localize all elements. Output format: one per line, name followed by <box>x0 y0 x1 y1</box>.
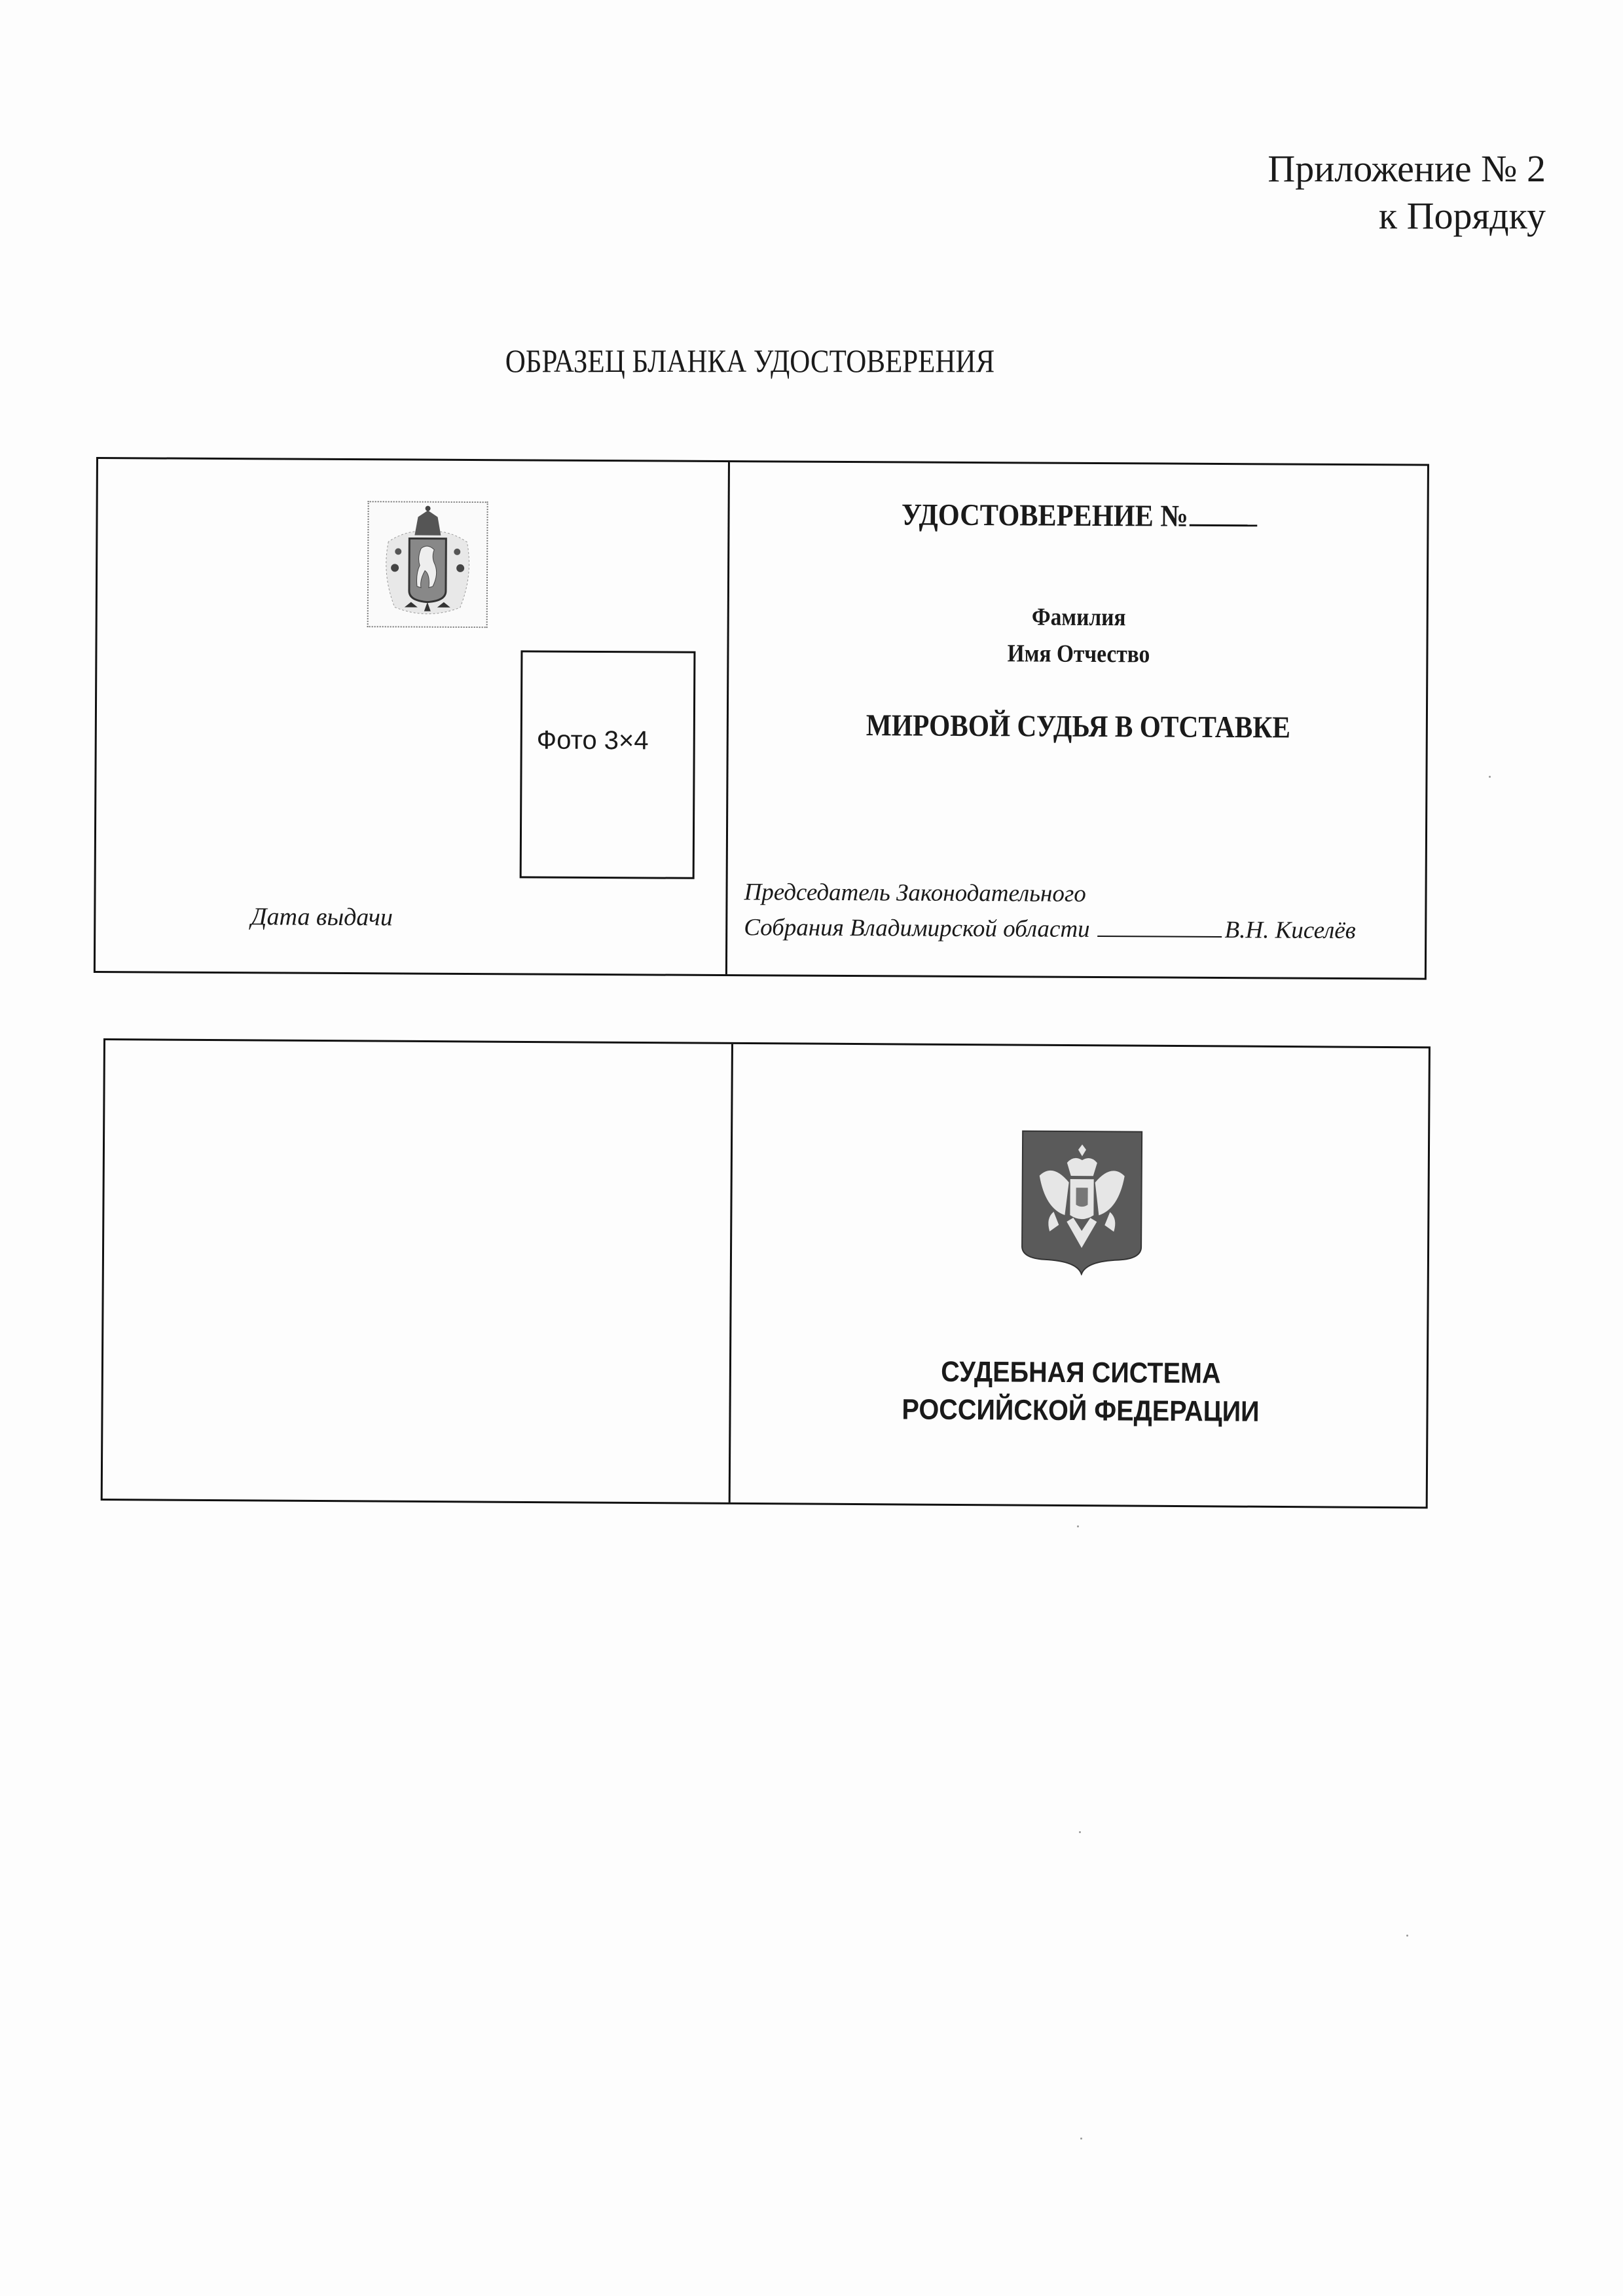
russian-federation-coat-of-arms-icon <box>1021 1130 1143 1276</box>
signer-title-line2: Собрания Владимирской области <box>744 914 1090 943</box>
scan-speck <box>1079 1831 1081 1833</box>
scan-speck <box>1406 1935 1408 1937</box>
scan-speck <box>1077 1525 1079 1527</box>
certificate-cover-spread: СУДЕБНАЯ СИСТЕМА РОССИЙСКОЙ ФЕДЕРАЦИИ <box>101 1038 1431 1508</box>
signer-title-line1: Председатель Законодательного <box>744 875 1356 913</box>
appendix-number: Приложение № 2 <box>1267 145 1546 192</box>
scan-speck <box>1080 2138 1082 2140</box>
scan-speck <box>1489 776 1491 778</box>
fold-divider <box>725 462 730 974</box>
signature-block: Председатель Законодательного Собрания В… <box>744 875 1356 949</box>
certificate-label: УДОСТОВЕРЕНИЕ № <box>902 498 1188 533</box>
signature-line <box>1098 916 1222 938</box>
document-title: ОБРАЗЕЦ БЛАНКА УДОСТОВЕРЕНИЯ <box>52 342 1448 380</box>
certificate-inner-spread: Фото 3×4 Дата выдачи УДОСТОВЕРЕНИЕ № Фам… <box>94 457 1429 980</box>
appendix-reference: к Порядку <box>1267 192 1546 240</box>
judicial-system-caption: СУДЕБНАЯ СИСТЕМА РОССИЙСКОЙ ФЕДЕРАЦИИ <box>766 1352 1396 1432</box>
fold-divider <box>729 1044 733 1503</box>
caption-line1: СУДЕБНАЯ СИСТЕМА <box>766 1352 1396 1394</box>
position-title: МИРОВОЙ СУДЬЯ В ОТСТАВКЕ <box>771 707 1386 746</box>
photo-label: Фото 3×4 <box>537 726 649 756</box>
surname-placeholder: Фамилия <box>771 601 1387 633</box>
vladimir-region-coat-of-arms-icon <box>367 501 488 628</box>
photo-placeholder: Фото 3×4 <box>520 650 696 879</box>
certificate-number: УДОСТОВЕРЕНИЕ № <box>765 496 1394 535</box>
issue-date-label: Дата выдачи <box>251 902 393 932</box>
caption-line2: РОССИЙСКОЙ ФЕДЕРАЦИИ <box>766 1390 1396 1432</box>
signer-name: В.Н. Киселёв <box>1225 917 1356 944</box>
name-patronymic-placeholder: Имя Отчество <box>771 638 1386 670</box>
appendix-note: Приложение № 2 к Порядку <box>1267 145 1546 240</box>
certificate-number-blank <box>1190 524 1258 527</box>
